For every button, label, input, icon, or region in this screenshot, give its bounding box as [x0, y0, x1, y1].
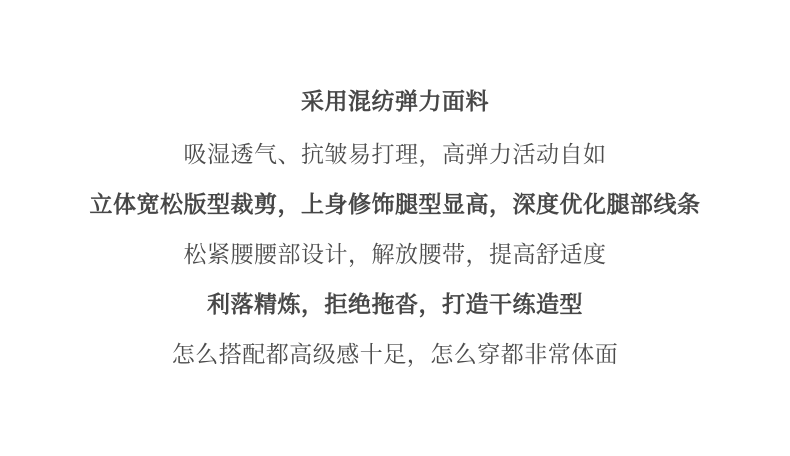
- product-description-panel: 采用混纺弹力面料 吸湿透气、抗皱易打理，高弹力活动自如 立体宽松版型裁剪，上身修…: [0, 0, 790, 456]
- styling-benefit-line: 怎么搭配都高级感十足，怎么穿都非常体面: [172, 329, 619, 379]
- style-feature-line: 利落精炼，拒绝拖沓，打造干练造型: [207, 279, 583, 329]
- fabric-feature-line: 吸湿透气、抗皱易打理，高弹力活动自如: [184, 129, 607, 179]
- waist-feature-line: 松紧腰腰部设计，解放腰带，提高舒适度: [184, 229, 607, 279]
- cut-feature-line: 立体宽松版型裁剪，上身修饰腿型显高，深度优化腿部线条: [90, 179, 701, 229]
- fabric-title-line: 采用混纺弹力面料: [301, 76, 489, 126]
